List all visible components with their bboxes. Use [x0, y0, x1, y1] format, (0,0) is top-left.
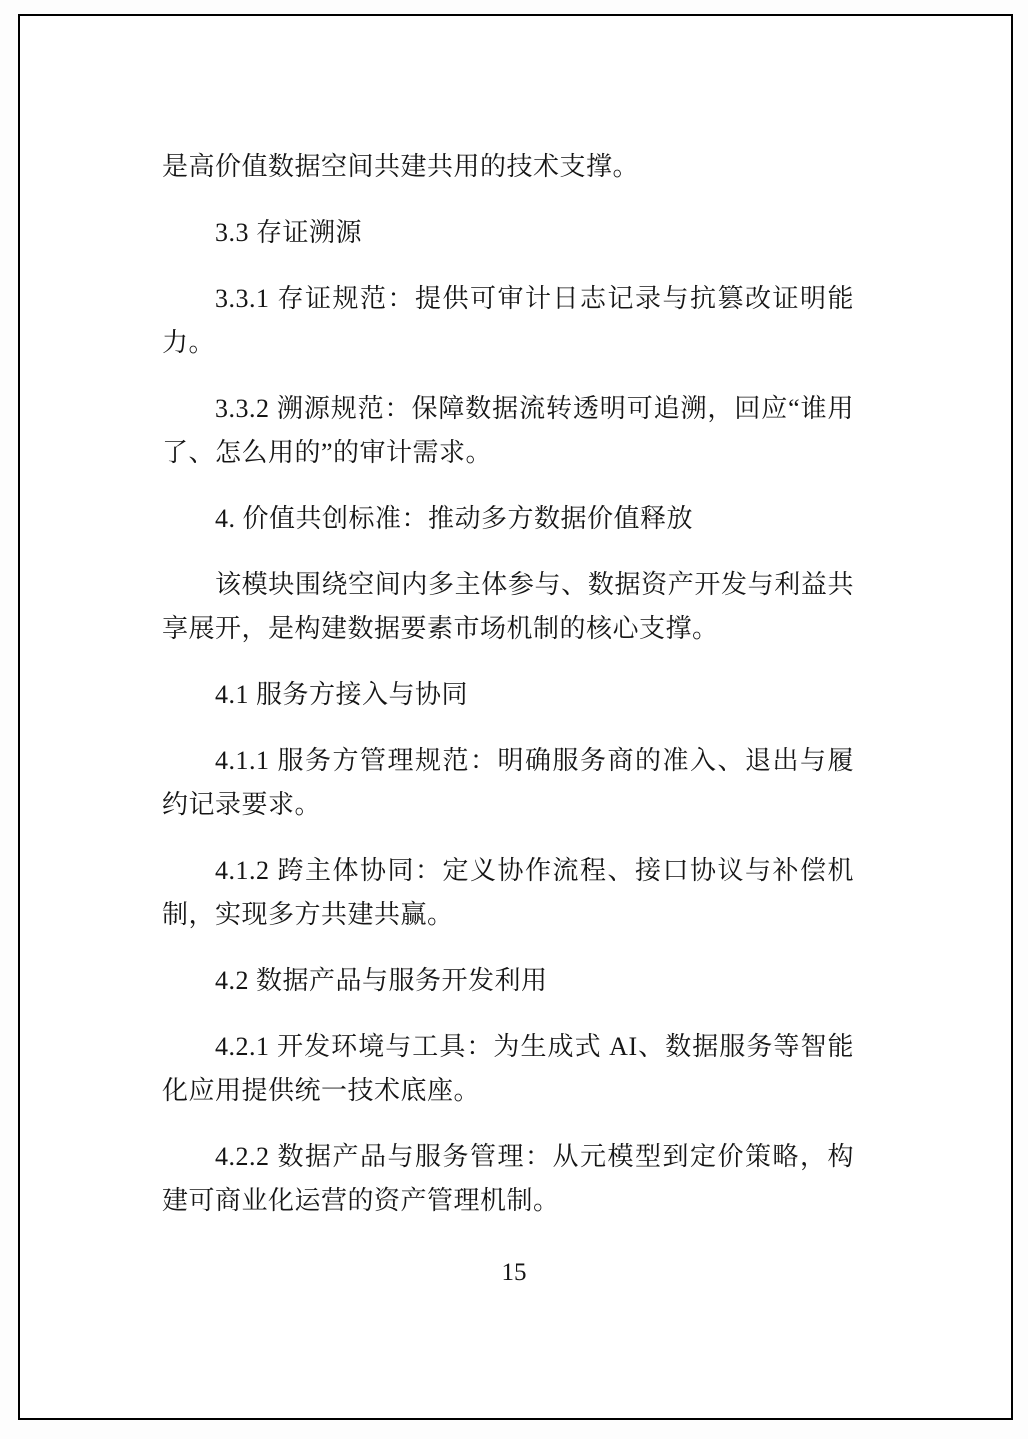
body-paragraph-4-1-2: 4.1.2 跨主体协同：定义协作流程、接口协议与补偿机制，实现多方共建共赢。: [162, 849, 854, 937]
section-heading-4-2: 4.2 数据产品与服务开发利用: [162, 959, 854, 1003]
body-paragraph-4-2-2: 4.2.2 数据产品与服务管理：从元模型到定价策略，构建可商业化运营的资产管理机…: [162, 1135, 854, 1223]
body-paragraph-continued: 是高价值数据空间共建共用的技术支撑。: [162, 145, 854, 189]
body-paragraph-4-intro: 该模块围绕空间内多主体参与、数据资产开发与利益共享展开，是构建数据要素市场机制的…: [162, 563, 854, 651]
body-paragraph-4-2-1: 4.2.1 开发环境与工具：为生成式 AI、数据服务等智能化应用提供统一技术底座…: [162, 1025, 854, 1113]
body-paragraph-4-1-1: 4.1.1 服务方管理规范：明确服务商的准入、退出与履约记录要求。: [162, 739, 854, 827]
body-paragraph-3-3-2: 3.3.2 溯源规范：保障数据流转透明可追溯，回应“谁用了、怎么用的”的审计需求…: [162, 387, 854, 475]
section-heading-4: 4. 价值共创标准：推动多方数据价值释放: [162, 497, 854, 541]
body-paragraph-3-3-1: 3.3.1 存证规范：提供可审计日志记录与抗篡改证明能力。: [162, 277, 854, 365]
document-body: 是高价值数据空间共建共用的技术支撑。 3.3 存证溯源 3.3.1 存证规范：提…: [162, 145, 854, 1245]
section-heading-4-1: 4.1 服务方接入与协同: [162, 673, 854, 717]
section-heading-3-3: 3.3 存证溯源: [162, 211, 854, 255]
page-number: 15: [0, 1258, 1028, 1288]
